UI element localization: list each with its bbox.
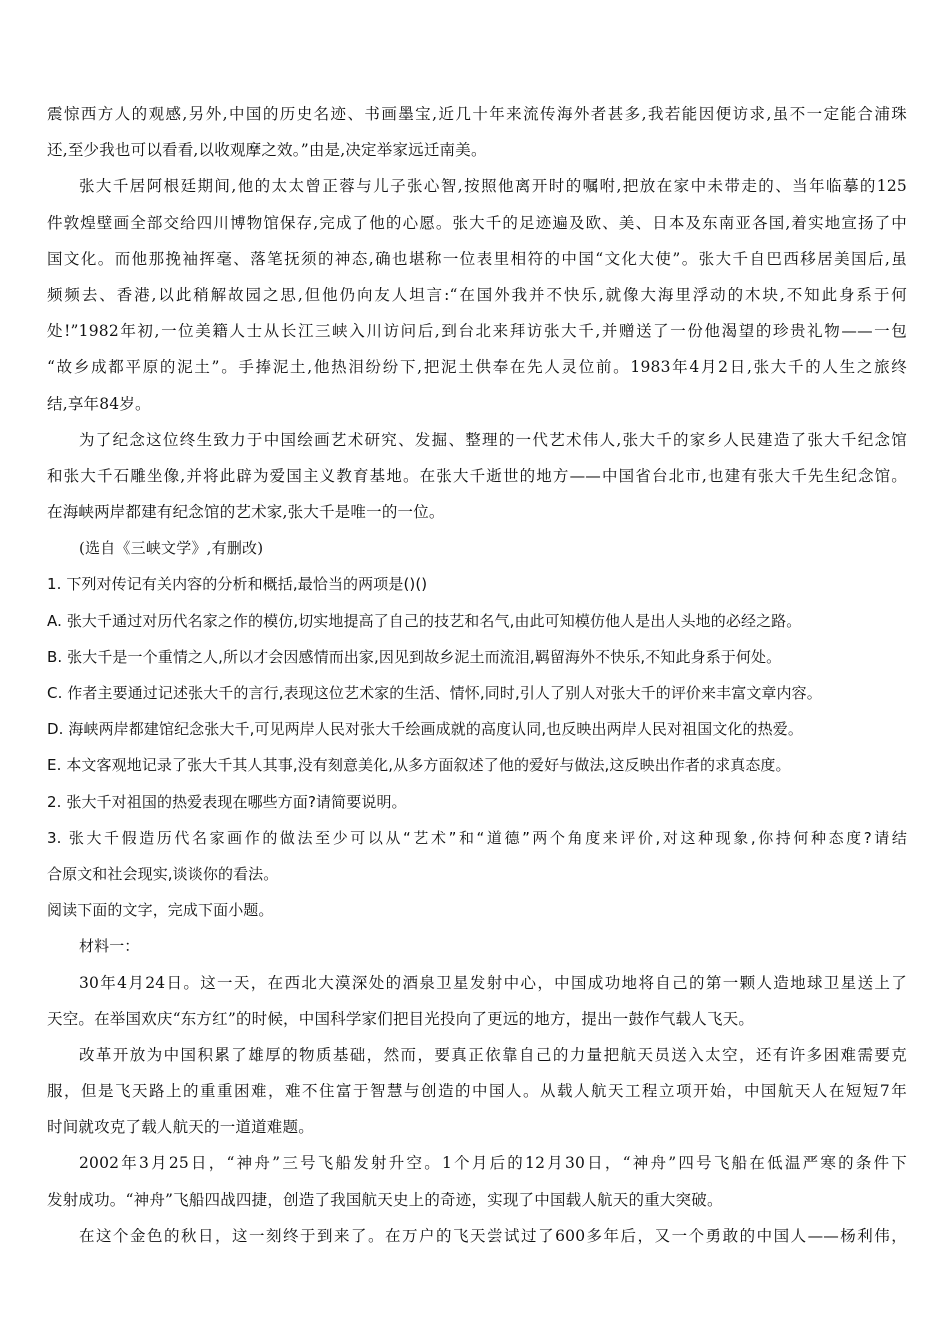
document-page: 震惊西方人的观感,另外,中国的历史名迹、书画墨宝,近几十年来流传海外者甚多,我若…: [47, 96, 907, 1254]
paragraph-1: 30年4月24日。这一天，在西北大漠深处的酒泉卫星发射中心，中国成功地将自己的第…: [47, 965, 907, 1037]
paragraph-3: 2002年3月25日，“神舟”三号飞船发射升空。1个月后的12月30日，“神舟”…: [47, 1145, 907, 1217]
text-line: 2002年3月25日，“神舟”三号飞船发射升空。1个月后的12月30日，“神舟”…: [47, 1145, 907, 1181]
text-line: 处!”1982年初,一位美籍人士从长江三峡入川访问后,到台北来拜访张大千,并赠送…: [47, 313, 907, 349]
text-line: 时间就攻克了载人航天的一道道难题。: [47, 1109, 907, 1145]
text-line: 国文化。而他那挽袖挥毫、落笔抚须的神态,确也堪称一位表里相符的中国“文化大使”。…: [47, 241, 907, 277]
question-1: 1. 下列对传记有关内容的分析和概括,最恰当的两项是()() A. 张大千通过对…: [47, 566, 907, 783]
text-line: 张大千居阿根廷期间,他的太太曾正蓉与儿子张心智,按照他离开时的嘱咐,把放在家中未…: [47, 168, 907, 204]
passage-space-flight: 材料一： 30年4月24日。这一天，在西北大漠深处的酒泉卫星发射中心，中国成功地…: [47, 928, 907, 1254]
option-c: C. 作者主要通过记述张大千的言行,表现这位艺术家的生活、情怀,同时,引人了别人…: [47, 675, 907, 711]
text-line: 为了纪念这位终生致力于中国绘画艺术研究、发掘、整理的一代艺术伟人,张大千的家乡人…: [47, 422, 907, 458]
paragraph-1: 震惊西方人的观感,另外,中国的历史名迹、书画墨宝,近几十年来流传海外者甚多,我若…: [47, 96, 907, 168]
paragraph-2: 改革开放为中国积累了雄厚的物质基础，然而，要真正依靠自己的力量把航天员送入太空，…: [47, 1037, 907, 1146]
text-line: “故乡成都平原的泥土”。手捧泥土,他热泪纷纷下,把泥土供奉在先人灵位前。1983…: [47, 349, 907, 385]
text-line: 合原文和社会现实,谈谈你的看法。: [47, 856, 907, 892]
text-line: 在这个金色的秋日，这一刻终于到来了。在万户的飞天尝试过了600多年后，又一个勇敢…: [47, 1218, 907, 1254]
questions: 1. 下列对传记有关内容的分析和概括,最恰当的两项是()() A. 张大千通过对…: [47, 566, 907, 928]
option-e: E. 本文客观地记录了张大千其人其事,没有刻意美化,从多方面叙述了他的爱好与做法…: [47, 747, 907, 783]
text-line: 件敦煌壁画全部交给四川博物馆保存,完成了他的心愿。张大千的足迹遍及欧、美、日本及…: [47, 205, 907, 241]
text-line: 服，但是飞天路上的重重困难，难不住富于智慧与创造的中国人。从载人航天工程立项开始…: [47, 1073, 907, 1109]
question-2: 2. 张大千对祖国的热爱表现在哪些方面?请简要说明。: [47, 784, 907, 820]
material-label: 材料一：: [47, 928, 907, 964]
question-1-stem: 1. 下列对传记有关内容的分析和概括,最恰当的两项是()(): [47, 566, 907, 602]
text-line: 在海峡两岸都建有纪念馆的艺术家,张大千是唯一的一位。: [47, 494, 907, 530]
text-line: 发射成功。“神舟”飞船四战四捷，创造了我国航天史上的奇迹，实现了中国载人航天的重…: [47, 1182, 907, 1218]
option-a: A. 张大千通过对历代名家之作的模仿,切实地提高了自己的技艺和名气,由此可知模仿…: [47, 603, 907, 639]
passage-zhang-daqian: 震惊西方人的观感,另外,中国的历史名迹、书画墨宝,近几十年来流传海外者甚多,我若…: [47, 96, 907, 566]
option-d: D. 海峡两岸都建馆纪念张大千,可见两岸人民对张大千绘画成就的高度认同,也反映出…: [47, 711, 907, 747]
text-line: 30年4月24日。这一天，在西北大漠深处的酒泉卫星发射中心，中国成功地将自己的第…: [47, 965, 907, 1001]
text-line: 天空。在举国欢庆“东方红”的时候，中国科学家们把目光投向了更远的地方，提出一鼓作…: [47, 1001, 907, 1037]
source-citation: (选自《三峡文学》,有删改): [47, 530, 907, 566]
text-line: 震惊西方人的观感,另外,中国的历史名迹、书画墨宝,近几十年来流传海外者甚多,我若…: [47, 96, 907, 132]
text-line: 频频去、香港,以此稍解故园之思,但他仍向友人坦言:“在国外我并不快乐,就像大海里…: [47, 277, 907, 313]
paragraph-2: 张大千居阿根廷期间,他的太太曾正蓉与儿子张心智,按照他离开时的嘱咐,把放在家中未…: [47, 168, 907, 421]
text-line: 还,至少我也可以看看,以收观摩之效。”由是,决定举家远迁南美。: [47, 132, 907, 168]
text-line: 结,享年84岁。: [47, 386, 907, 422]
paragraph-3: 为了纪念这位终生致力于中国绘画艺术研究、发掘、整理的一代艺术伟人,张大千的家乡人…: [47, 422, 907, 531]
text-line: 3. 张大千假造历代名家画作的做法至少可以从“艺术”和“道德”两个角度来评价,对…: [47, 820, 907, 856]
option-b: B. 张大千是一个重情之人,所以才会因感情而出家,因见到故乡泥土而流泪,羁留海外…: [47, 639, 907, 675]
question-3: 3. 张大千假造历代名家画作的做法至少可以从“艺术”和“道德”两个角度来评价,对…: [47, 820, 907, 892]
text-line: 改革开放为中国积累了雄厚的物质基础，然而，要真正依靠自己的力量把航天员送入太空，…: [47, 1037, 907, 1073]
paragraph-4: 在这个金色的秋日，这一刻终于到来了。在万户的飞天尝试过了600多年后，又一个勇敢…: [47, 1218, 907, 1254]
text-line: 和张大千石雕坐像,并将此辟为爱国主义教育基地。在张大千逝世的地方——中国省台北市…: [47, 458, 907, 494]
reading-instruction: 阅读下面的文字，完成下面小题。: [47, 892, 907, 928]
